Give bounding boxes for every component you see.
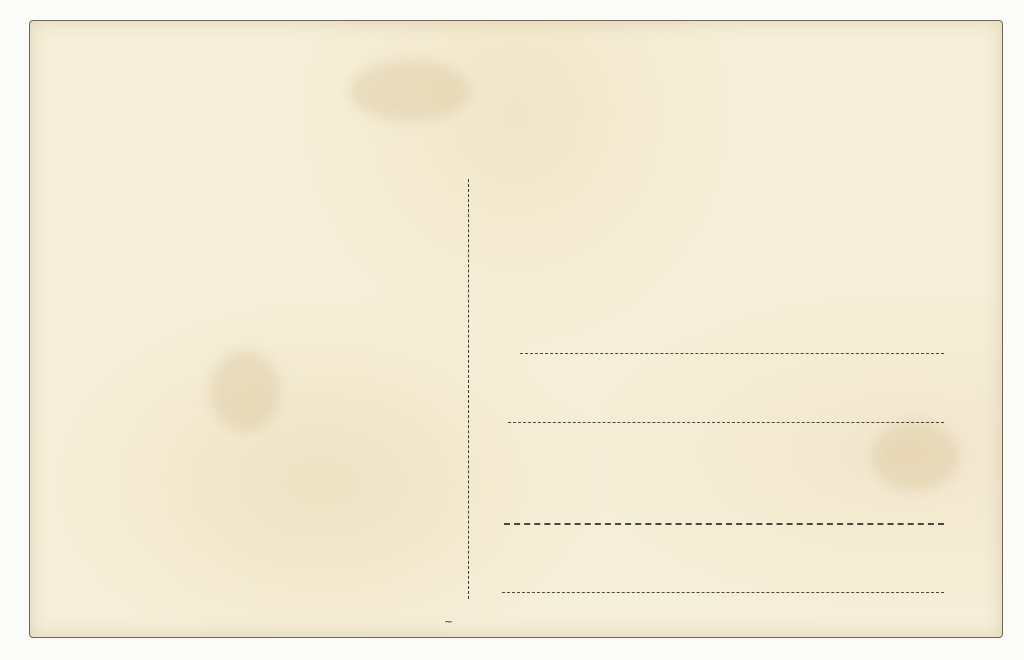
age-stain [350,61,470,121]
address-line-2 [508,422,944,423]
postcard-back: ~ [29,20,1003,638]
address-line-1 [520,353,944,354]
age-stain [210,351,280,431]
divider-ornament: ~ [444,615,452,628]
age-stain [870,421,960,491]
address-line-4 [502,592,944,593]
center-divider-line [468,179,469,599]
address-line-3 [504,523,944,525]
